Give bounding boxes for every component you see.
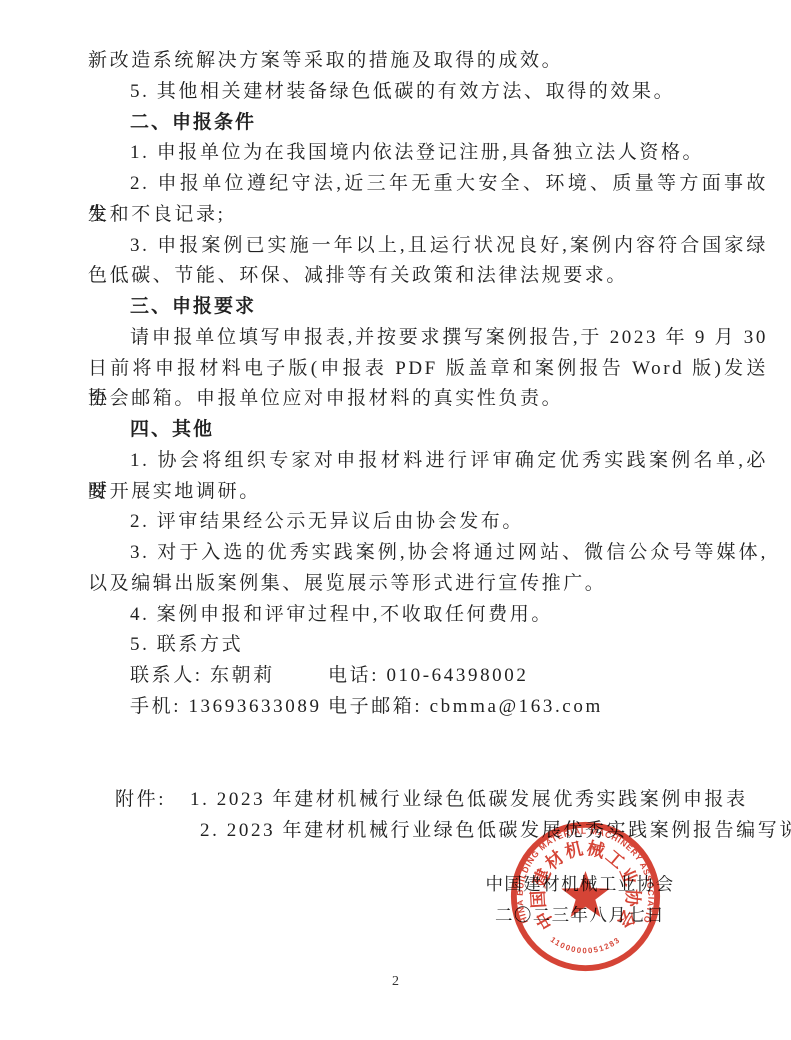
document-line: 5. 其他相关建材装备绿色低碳的有效方法、取得的效果。	[88, 77, 768, 108]
svg-text:1100000051283: 1100000051283	[549, 935, 623, 955]
document-line: 协会邮箱。申报单位应对申报材料的真实性负责。	[88, 384, 768, 415]
document-line: 时开展实地调研。	[88, 477, 768, 508]
contact-mobile-label: 手机:	[130, 696, 181, 717]
contact-person: 联系人: 东朝莉	[130, 661, 328, 692]
attachment-item-1: 1. 2023 年建材机械行业绿色低碳发展优秀实践案例申报表	[190, 789, 748, 810]
document-line: 1. 申报单位为在我国境内依法登记注册,具备独立法人资格。	[88, 138, 768, 169]
contact-phone-label: 电话:	[328, 665, 379, 686]
document-page: 新改造系统解决方案等采取的措施及取得的成效。 5. 其他相关建材装备绿色低碳的有…	[0, 0, 791, 1040]
section-heading: 三、申报要求	[88, 292, 768, 323]
document-line: 色低碳、节能、环保、减排等有关政策和法律法规要求。	[88, 261, 768, 292]
document-body: 新改造系统解决方案等采取的措施及取得的成效。 5. 其他相关建材装备绿色低碳的有…	[88, 46, 768, 847]
section-heading: 二、申报条件	[88, 108, 768, 139]
document-line: 3. 申报案例已实施一年以上,且运行状况良好,案例内容符合国家绿	[88, 231, 768, 262]
document-line: 请申报单位填写申报表,并按要求撰写案例报告,于 2023 年 9 月 30	[88, 323, 768, 354]
contact-mobile-value: 13693633089	[188, 696, 321, 717]
document-line: 日前将申报材料电子版(申报表 PDF 版盖章和案例报告 Word 版)发送至	[88, 354, 768, 385]
attachment-label: 附件:	[115, 785, 190, 816]
contact-mobile: 手机: 13693633089	[130, 692, 328, 723]
contact-phone: 电话: 010-64398002	[328, 665, 528, 686]
blank-line	[88, 739, 768, 770]
document-line: 2. 评审结果经公示无异议后由协会发布。	[88, 507, 768, 538]
document-line: 1. 协会将组织专家对申报材料进行评审确定优秀实践案例名单,必要	[88, 446, 768, 477]
contact-person-label: 联系人:	[130, 665, 203, 686]
page-number: 2	[0, 974, 791, 990]
document-line: 4. 案例申报和评审过程中,不收取任何费用。	[88, 600, 768, 631]
official-seal: CHINA BUILDING MATERIAL MACHINERY ASSOCI…	[507, 818, 664, 975]
document-line: 生和不良记录;	[88, 200, 768, 231]
document-line: 新改造系统解决方案等采取的措施及取得的成效。	[88, 46, 768, 77]
contact-row-mobile-email: 手机: 13693633089电子邮箱: cbmma@163.com	[88, 692, 768, 723]
document-line: 2. 申报单位遵纪守法,近三年无重大安全、环境、质量等方面事故发	[88, 169, 768, 200]
contact-row-person-phone: 联系人: 东朝莉电话: 010-64398002	[88, 661, 768, 692]
contact-email: 电子邮箱: cbmma@163.com	[328, 696, 603, 717]
attachment-line-2: 2. 2023 年建材机械行业绿色低碳发展优秀实践案例报告编写说明	[88, 816, 768, 847]
contact-phone-value: 010-64398002	[386, 665, 528, 686]
seal-star-icon	[561, 871, 609, 917]
contact-person-value: 东朝莉	[210, 665, 275, 686]
attachment-line-1: 附件:1. 2023 年建材机械行业绿色低碳发展优秀实践案例申报表	[88, 785, 768, 816]
contact-email-label: 电子邮箱:	[328, 696, 422, 717]
section-heading: 四、其他	[88, 415, 768, 446]
contact-email-value: cbmma@163.com	[430, 696, 603, 717]
attachment-item-2: 2. 2023 年建材机械行业绿色低碳发展优秀实践案例报告编写说明	[200, 820, 791, 841]
seal-serial-number: 1100000051283	[549, 935, 623, 955]
document-line: 以及编辑出版案例集、展览展示等形式进行宣传推广。	[88, 569, 768, 600]
document-line: 3. 对于入选的优秀实践案例,协会将通过网站、微信公众号等媒体,	[88, 538, 768, 569]
document-line: 5. 联系方式	[88, 630, 768, 661]
